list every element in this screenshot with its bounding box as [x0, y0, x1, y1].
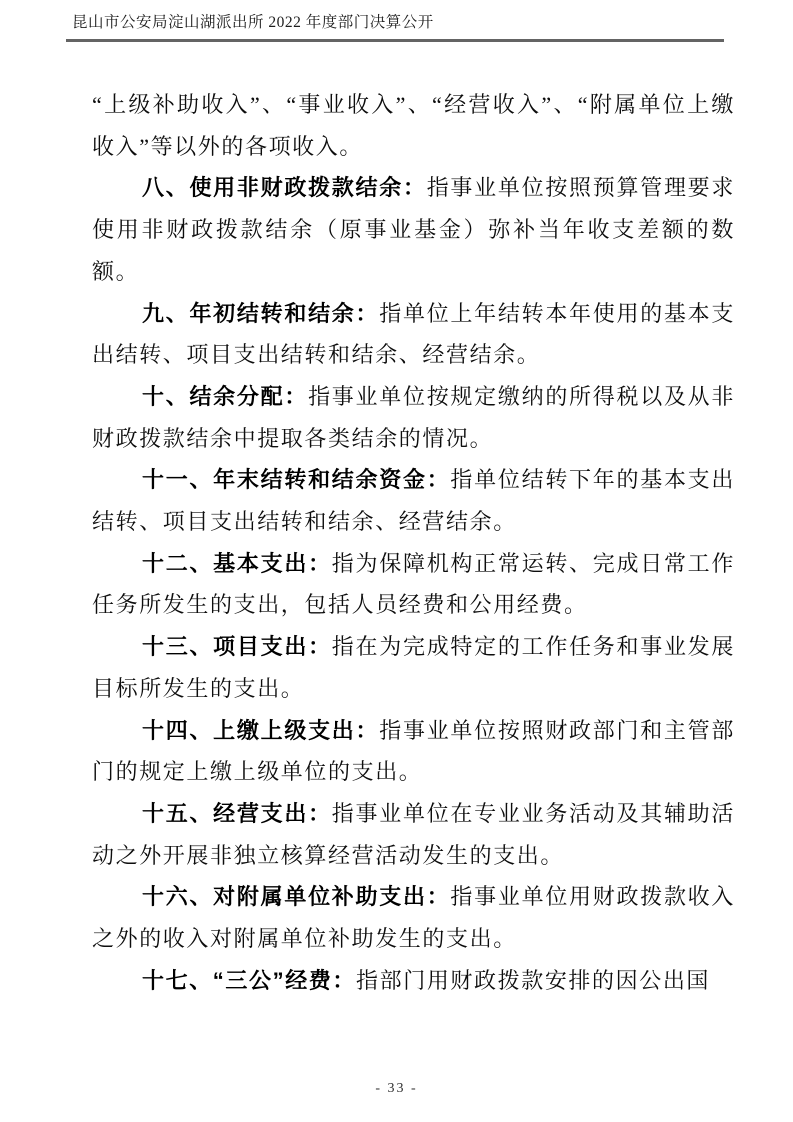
paragraph-item-17: 十七、“三公”经费：指部门用财政拨款安排的因公出国 [92, 960, 735, 1002]
paragraph-lead: 九、年初结转和结余： [142, 301, 379, 326]
paragraph-lead: 八、使用非财政拨款结余： [142, 175, 427, 200]
paragraph-text: 指部门用财政拨款安排的因公出国 [356, 968, 710, 993]
paragraph-item-16: 十六、对附属单位补助支出：指事业单位用财政拨款收入之外的收入对附属单位补助发生的… [92, 876, 735, 959]
paragraph-lead: 十三、项目支出： [142, 634, 332, 659]
paragraph-lead: 十一、年末结转和结余资金： [142, 467, 450, 492]
header-title: 昆山市公安局淀山湖派出所 2022 年度部门决算公开 [66, 10, 724, 32]
paragraph-continuation: “上级补助收入”、“事业收入”、“经营收入”、“附属单位上缴收入”等以外的各项收… [92, 84, 735, 167]
paragraph-item-9: 九、年初结转和结余：指单位上年结转本年使用的基本支出结转、项目支出结转和结余、经… [92, 293, 735, 376]
paragraph-lead: 十七、“三公”经费： [142, 968, 356, 993]
paragraph-lead: 十五、经营支出： [142, 801, 332, 826]
paragraph-item-15: 十五、经营支出：指事业单位在专业业务活动及其辅助活动之外开展非独立核算经营活动发… [92, 793, 735, 876]
paragraph-item-14: 十四、上缴上级支出：指事业单位按照财政部门和主管部门的规定上缴上级单位的支出。 [92, 710, 735, 793]
page-footer: - 33 - [0, 1081, 793, 1097]
paragraph-lead: 十二、基本支出： [142, 551, 332, 576]
paragraph-lead: 十、结余分配： [142, 384, 308, 409]
paragraph-item-10: 十、结余分配：指事业单位按规定缴纳的所得税以及从非财政拨款结余中提取各类结余的情… [92, 376, 735, 459]
paragraph-item-12: 十二、基本支出：指为保障机构正常运转、完成日常工作任务所发生的支出，包括人员经费… [92, 543, 735, 626]
paragraph-text: “上级补助收入”、“事业收入”、“经营收入”、“附属单位上缴收入”等以外的各项收… [92, 92, 735, 159]
document-body: “上级补助收入”、“事业收入”、“经营收入”、“附属单位上缴收入”等以外的各项收… [92, 84, 735, 1001]
paragraph-lead: 十四、上缴上级支出： [142, 718, 379, 743]
paragraph-item-13: 十三、项目支出：指在为完成特定的工作任务和事业发展目标所发生的支出。 [92, 626, 735, 709]
page-number: - 33 - [375, 1081, 417, 1096]
document-page: 昆山市公安局淀山湖派出所 2022 年度部门决算公开 “上级补助收入”、“事业收… [0, 0, 793, 1122]
paragraph-item-11: 十一、年末结转和结余资金：指单位结转下年的基本支出结转、项目支出结转和结余、经营… [92, 459, 735, 542]
paragraph-lead: 十六、对附属单位补助支出： [142, 884, 450, 909]
page-header: 昆山市公安局淀山湖派出所 2022 年度部门决算公开 [66, 10, 724, 42]
paragraph-item-8: 八、使用非财政拨款结余：指事业单位按照预算管理要求使用非财政拨款结余（原事业基金… [92, 167, 735, 292]
